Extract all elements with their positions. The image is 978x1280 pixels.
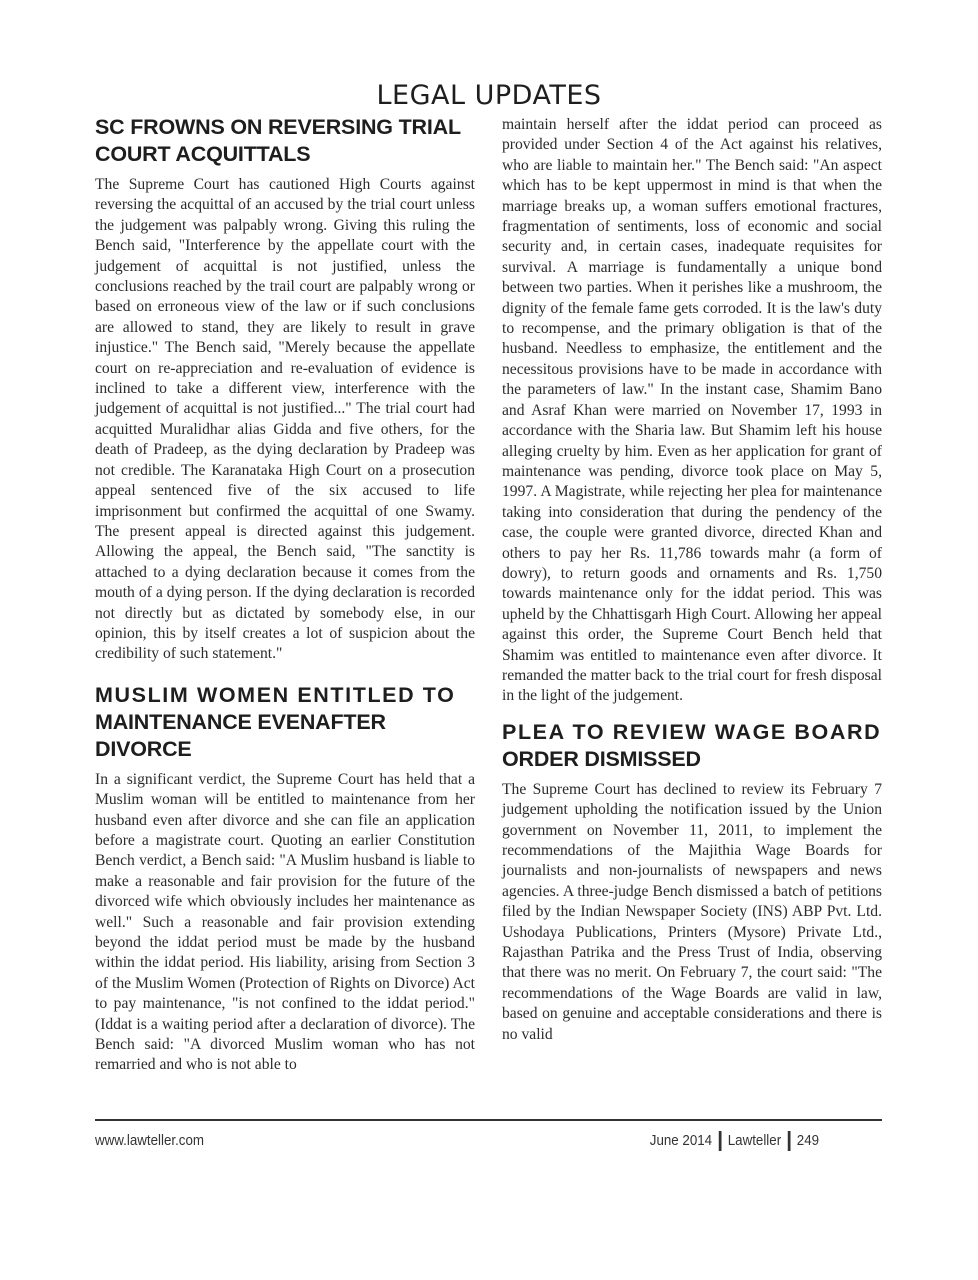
left-column: SC FROWNS ON REVERSING TRIAL COURT ACQUI… — [95, 112, 475, 1076]
page-footer: www.lawteller.com June 2014 Lawteller 24… — [95, 1131, 819, 1151]
right-column: maintain herself after the iddat period … — [502, 112, 882, 1045]
headline-line: PLEA TO REVIEW WAGE BOARD — [502, 720, 881, 744]
footer-issue-info: June 2014 Lawteller 249 — [650, 1131, 819, 1151]
headline-line: COURT ACQUITTALS — [95, 142, 310, 166]
article-1-body: The Supreme Court has cautioned High Cou… — [95, 175, 475, 665]
article-3-body: The Supreme Court has declined to review… — [502, 780, 882, 1045]
separator-bar — [719, 1131, 722, 1151]
separator-bar — [788, 1131, 791, 1151]
publication-name: Lawteller — [728, 1133, 781, 1149]
article-1-headline: SC FROWNS ON REVERSING TRIAL COURT ACQUI… — [95, 114, 475, 168]
website-link[interactable]: www.lawteller.com — [95, 1133, 204, 1149]
headline-line: SC FROWNS ON REVERSING TRIAL — [95, 115, 461, 139]
page-number: 249 — [797, 1133, 819, 1149]
article-2-body-part2: maintain herself after the iddat period … — [502, 115, 882, 707]
headline-line: ORDER DISMISSED — [502, 747, 701, 771]
footer-divider — [95, 1119, 882, 1121]
headline-line: MAINTENANCE EVENAFTER DIVORCE — [95, 710, 386, 761]
issue-date: June 2014 — [650, 1133, 712, 1149]
article-2-body-part1: In a significant verdict, the Supreme Co… — [95, 770, 475, 1076]
article-2-headline: MUSLIM WOMEN ENTITLED TO MAINTENANCE EVE… — [95, 682, 475, 763]
headline-line: MUSLIM WOMEN ENTITLED TO — [95, 683, 455, 707]
section-title: LEGAL UPDATES — [0, 78, 978, 114]
article-3-headline: PLEA TO REVIEW WAGE BOARD ORDER DISMISSE… — [502, 719, 882, 773]
